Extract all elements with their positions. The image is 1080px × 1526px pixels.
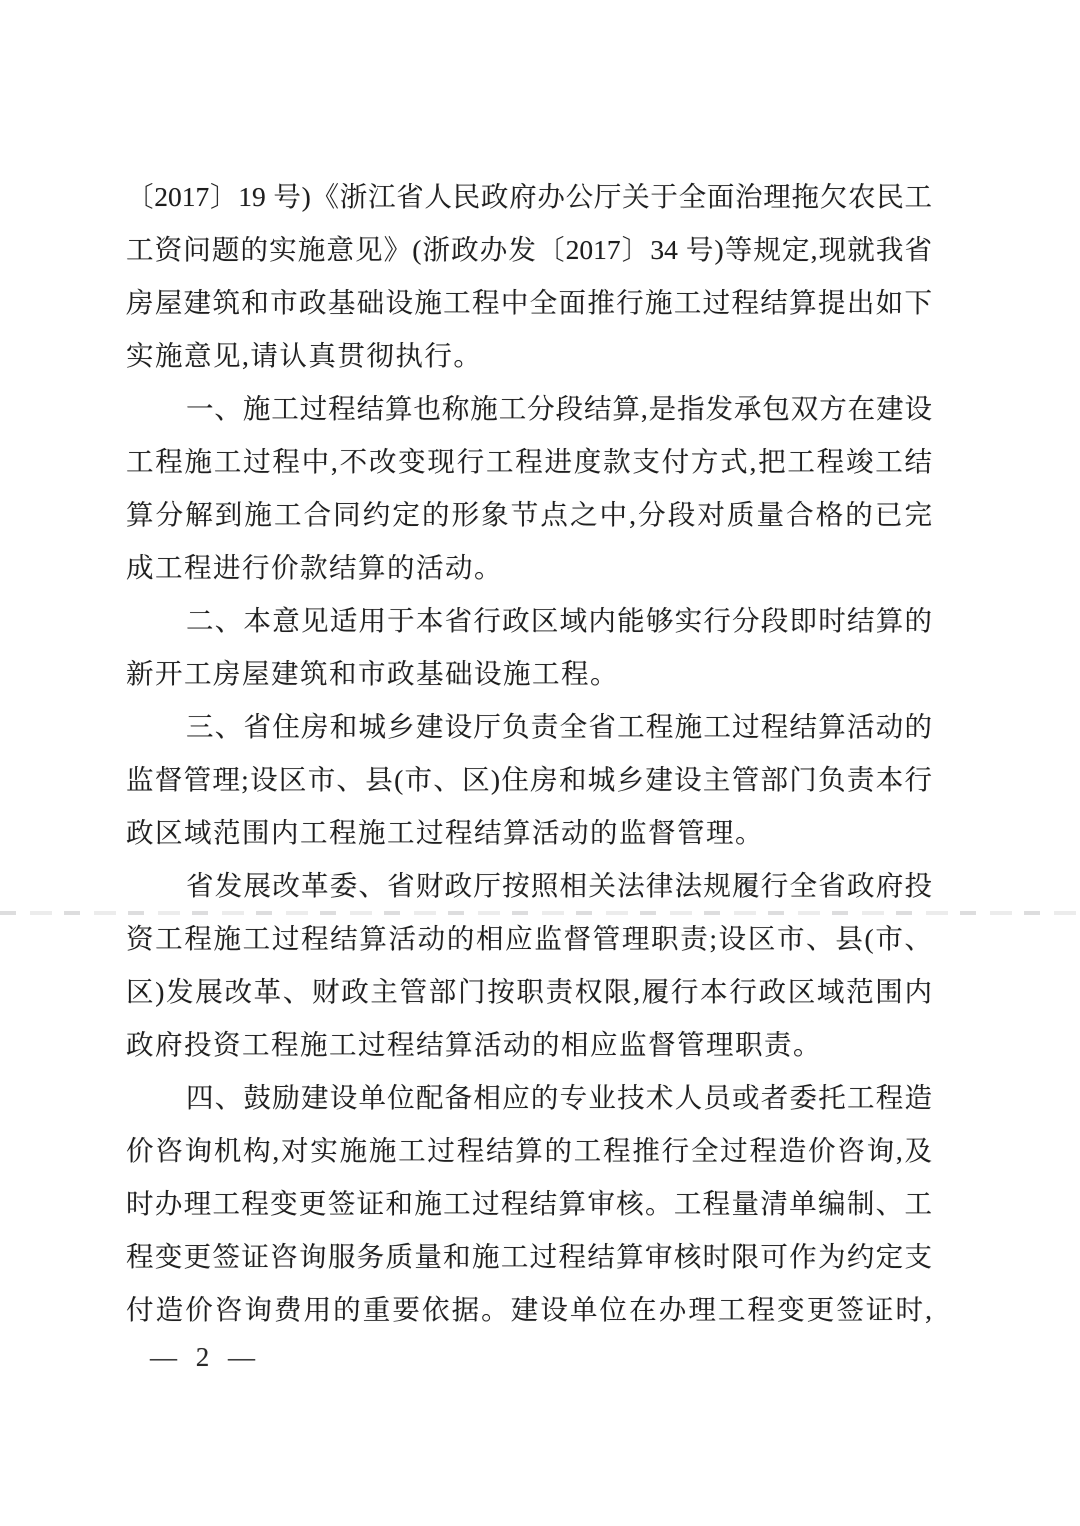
text-line: 价咨询机构,对实施施工过程结算的工程推行全过程造价咨询,及 — [126, 1124, 932, 1177]
document-body: 〔2017〕19 号)《浙江省人民政府办公厅关于全面治理拖欠农民工工资问题的实施… — [126, 170, 932, 1336]
text-line: 实施意见,请认真贯彻执行。 — [126, 329, 932, 382]
text-line: 成工程进行价款结算的活动。 — [126, 541, 932, 594]
text-line: 省发展改革委、省财政厅按照相关法律法规履行全省政府投 — [126, 859, 932, 912]
text-line: 三、省住房和城乡建设厅负责全省工程施工过程结算活动的 — [126, 700, 932, 753]
text-line: 工资问题的实施意见》(浙政办发〔2017〕34 号)等规定,现就我省 — [126, 223, 932, 276]
text-line: 新开工房屋建筑和市政基础设施工程。 — [126, 647, 932, 700]
text-line: 区)发展改革、财政主管部门按职责权限,履行本行政区域范围内 — [126, 965, 932, 1018]
text-line: 二、本意见适用于本省行政区域内能够实行分段即时结算的 — [126, 594, 932, 647]
text-line: 四、鼓励建设单位配备相应的专业技术人员或者委托工程造 — [126, 1071, 932, 1124]
text-line: 监督管理;设区市、县(市、区)住房和城乡建设主管部门负责本行 — [126, 753, 932, 806]
text-line: 〔2017〕19 号)《浙江省人民政府办公厅关于全面治理拖欠农民工 — [126, 170, 932, 223]
text-line: 房屋建筑和市政基础设施工程中全面推行施工过程结算提出如下 — [126, 276, 932, 329]
text-line: 政府投资工程施工过程结算活动的相应监督管理职责。 — [126, 1018, 932, 1071]
page-number: — 2 — — [150, 1337, 261, 1377]
text-line: 资工程施工过程结算活动的相应监督管理职责;设区市、县(市、 — [126, 912, 932, 965]
text-line: 一、施工过程结算也称施工分段结算,是指发承包双方在建设 — [126, 382, 932, 435]
text-line: 工程施工过程中,不改变现行工程进度款支付方式,把工程竣工结 — [126, 435, 932, 488]
text-line: 算分解到施工合同约定的形象节点之中,分段对质量合格的已完 — [126, 488, 932, 541]
scanned-page: 〔2017〕19 号)《浙江省人民政府办公厅关于全面治理拖欠农民工工资问题的实施… — [0, 0, 1080, 1526]
text-line: 时办理工程变更签证和施工过程结算审核。工程量清单编制、工 — [126, 1177, 932, 1230]
text-line: 政区域范围内工程施工过程结算活动的监督管理。 — [126, 806, 932, 859]
text-line: 程变更签证咨询服务质量和施工过程结算审核时限可作为约定支 — [126, 1230, 932, 1283]
text-line: 付造价咨询费用的重要依据。建设单位在办理工程变更签证时, — [126, 1283, 932, 1336]
